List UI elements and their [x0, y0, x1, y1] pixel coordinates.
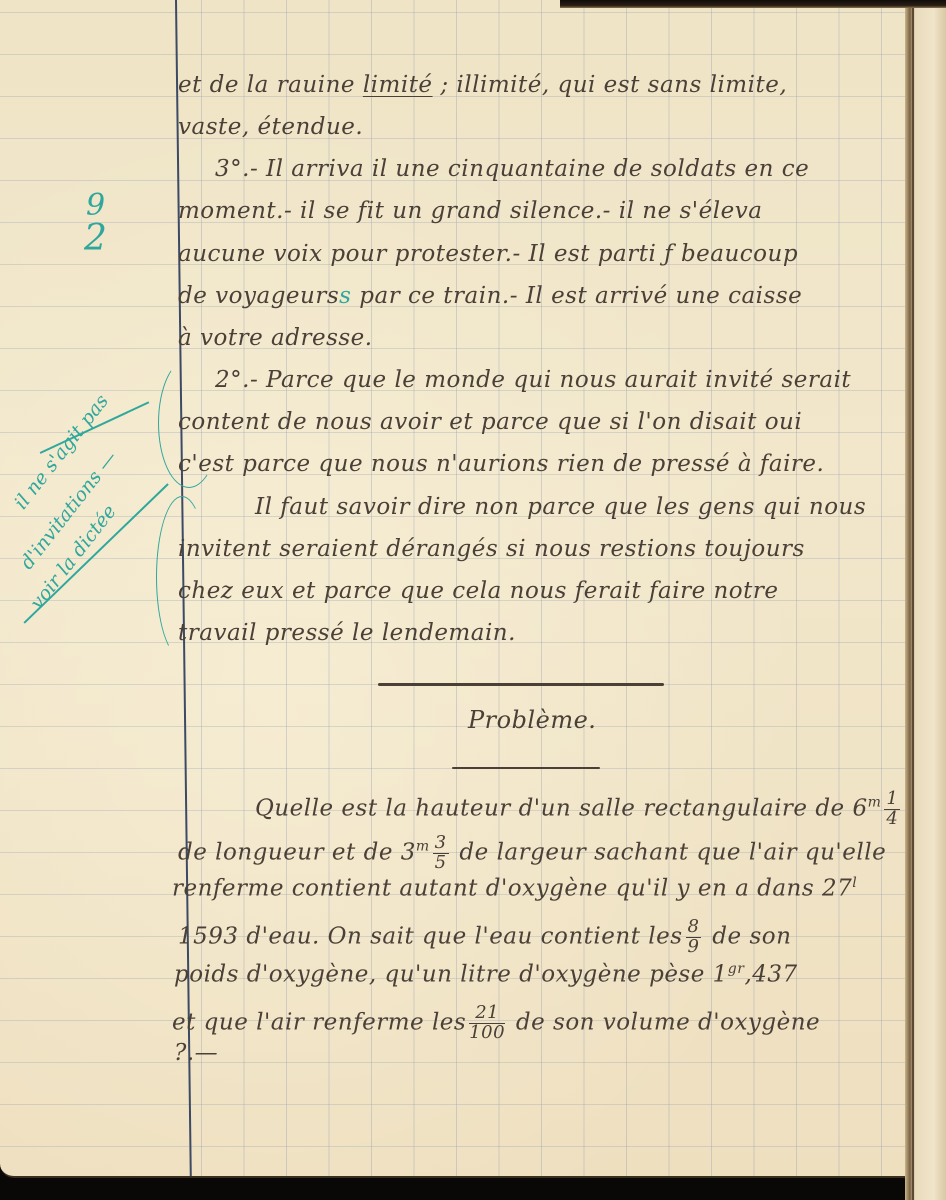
numerator: 21 — [469, 1004, 505, 1024]
text-line: Il faut savoir dire non parce que les ge… — [255, 496, 946, 519]
numerator: 1 — [884, 790, 900, 810]
unit: gr — [728, 961, 745, 977]
text-line: travail pressé le lendemain. — [178, 622, 908, 645]
unit: m — [416, 839, 430, 855]
text-line: aucune voix pour protester.- Il est part… — [178, 243, 908, 266]
separator-rule-bottom — [452, 767, 600, 769]
unit: m — [868, 795, 882, 811]
text-fragment: ,437 — [744, 962, 797, 988]
numerator: 3 — [433, 834, 449, 854]
text-fragment: de largeur sachant que l'air qu'elle — [459, 839, 886, 865]
text-line: à votre adresse. — [178, 327, 908, 350]
text-fragment: de son — [712, 923, 791, 949]
separator-rule-top — [378, 683, 664, 686]
denominator: 4 — [884, 810, 900, 829]
problem-line: renferme contient autant d'oxygène qu'il… — [172, 876, 857, 901]
text-line: content de nous avoir et parce que si l'… — [178, 411, 908, 434]
text-line: moment.- il se fit un grand silence.- il… — [178, 200, 908, 223]
fraction: 35 — [433, 834, 449, 873]
problem-line: ?.— — [174, 1042, 218, 1065]
text-fragment: de son volume d'oxygène — [516, 1009, 820, 1035]
text-fragment: Quelle est la hauteur d'un salle rectang… — [255, 795, 868, 821]
text-fragment: de longueur et de 3 — [178, 839, 416, 865]
denominator: 9 — [686, 938, 702, 957]
section-title: Problème. — [468, 708, 596, 732]
text-line: et de la rauine limité ; illimité, qui e… — [178, 74, 908, 97]
text-line: chez eux et parce que cela nous ferait f… — [178, 580, 908, 603]
correction-bracket — [156, 496, 208, 658]
denominator: 100 — [469, 1024, 505, 1043]
text-line: de voyageurss par ce train.- Il est arri… — [178, 285, 908, 308]
problem-line: et que l'air renferme les21100 de son vo… — [172, 1004, 820, 1043]
text-fragment: et que l'air renferme les — [172, 1009, 466, 1035]
text-fragment: par ce train.- Il est arrivé une caisse — [351, 283, 802, 309]
grade-mark: 2 — [84, 218, 107, 259]
text-line: vaste, étendue. — [178, 116, 908, 139]
text-line: invitent seraient dérangés si nous resti… — [178, 538, 908, 561]
text-line: 2°.- Parce que le monde qui nous aurait … — [215, 369, 945, 392]
problem-line: 1593 d'eau. On sait que l'eau contient l… — [178, 918, 791, 957]
unit: l — [852, 875, 857, 891]
text-fragment: de voyageurs — [178, 283, 339, 309]
text-fragment: et de la rauine — [178, 72, 363, 98]
text-fragment: poids d'oxygène, qu'un litre d'oxygène p… — [174, 962, 728, 988]
text-fragment: renferme contient autant d'oxygène qu'il… — [172, 876, 852, 902]
text-fragment: 1593 d'eau. On sait que l'eau contient l… — [178, 923, 683, 949]
text-line: c'est parce que nous n'aurions rien de p… — [178, 453, 908, 476]
fraction: 89 — [686, 918, 702, 957]
numerator: 8 — [686, 918, 702, 938]
problem-line: Quelle est la hauteur d'un salle rectang… — [255, 790, 903, 829]
text-line: 3°.- Il arriva il une cinquantaine de so… — [215, 158, 945, 181]
problem-line: poids d'oxygène, qu'un litre d'oxygène p… — [174, 962, 798, 987]
problem-line: de longueur et de 3m35 de largeur sachan… — [178, 834, 886, 873]
top-shadow — [560, 0, 946, 8]
fraction: 21100 — [469, 1004, 505, 1043]
underlined-word: limité — [363, 72, 433, 98]
correction-bracket — [158, 358, 220, 488]
text-fragment: ; illimité, qui est sans limite, — [433, 72, 788, 98]
teacher-correction: s — [339, 283, 351, 309]
fraction: 14 — [884, 790, 900, 829]
denominator: 5 — [433, 854, 449, 873]
